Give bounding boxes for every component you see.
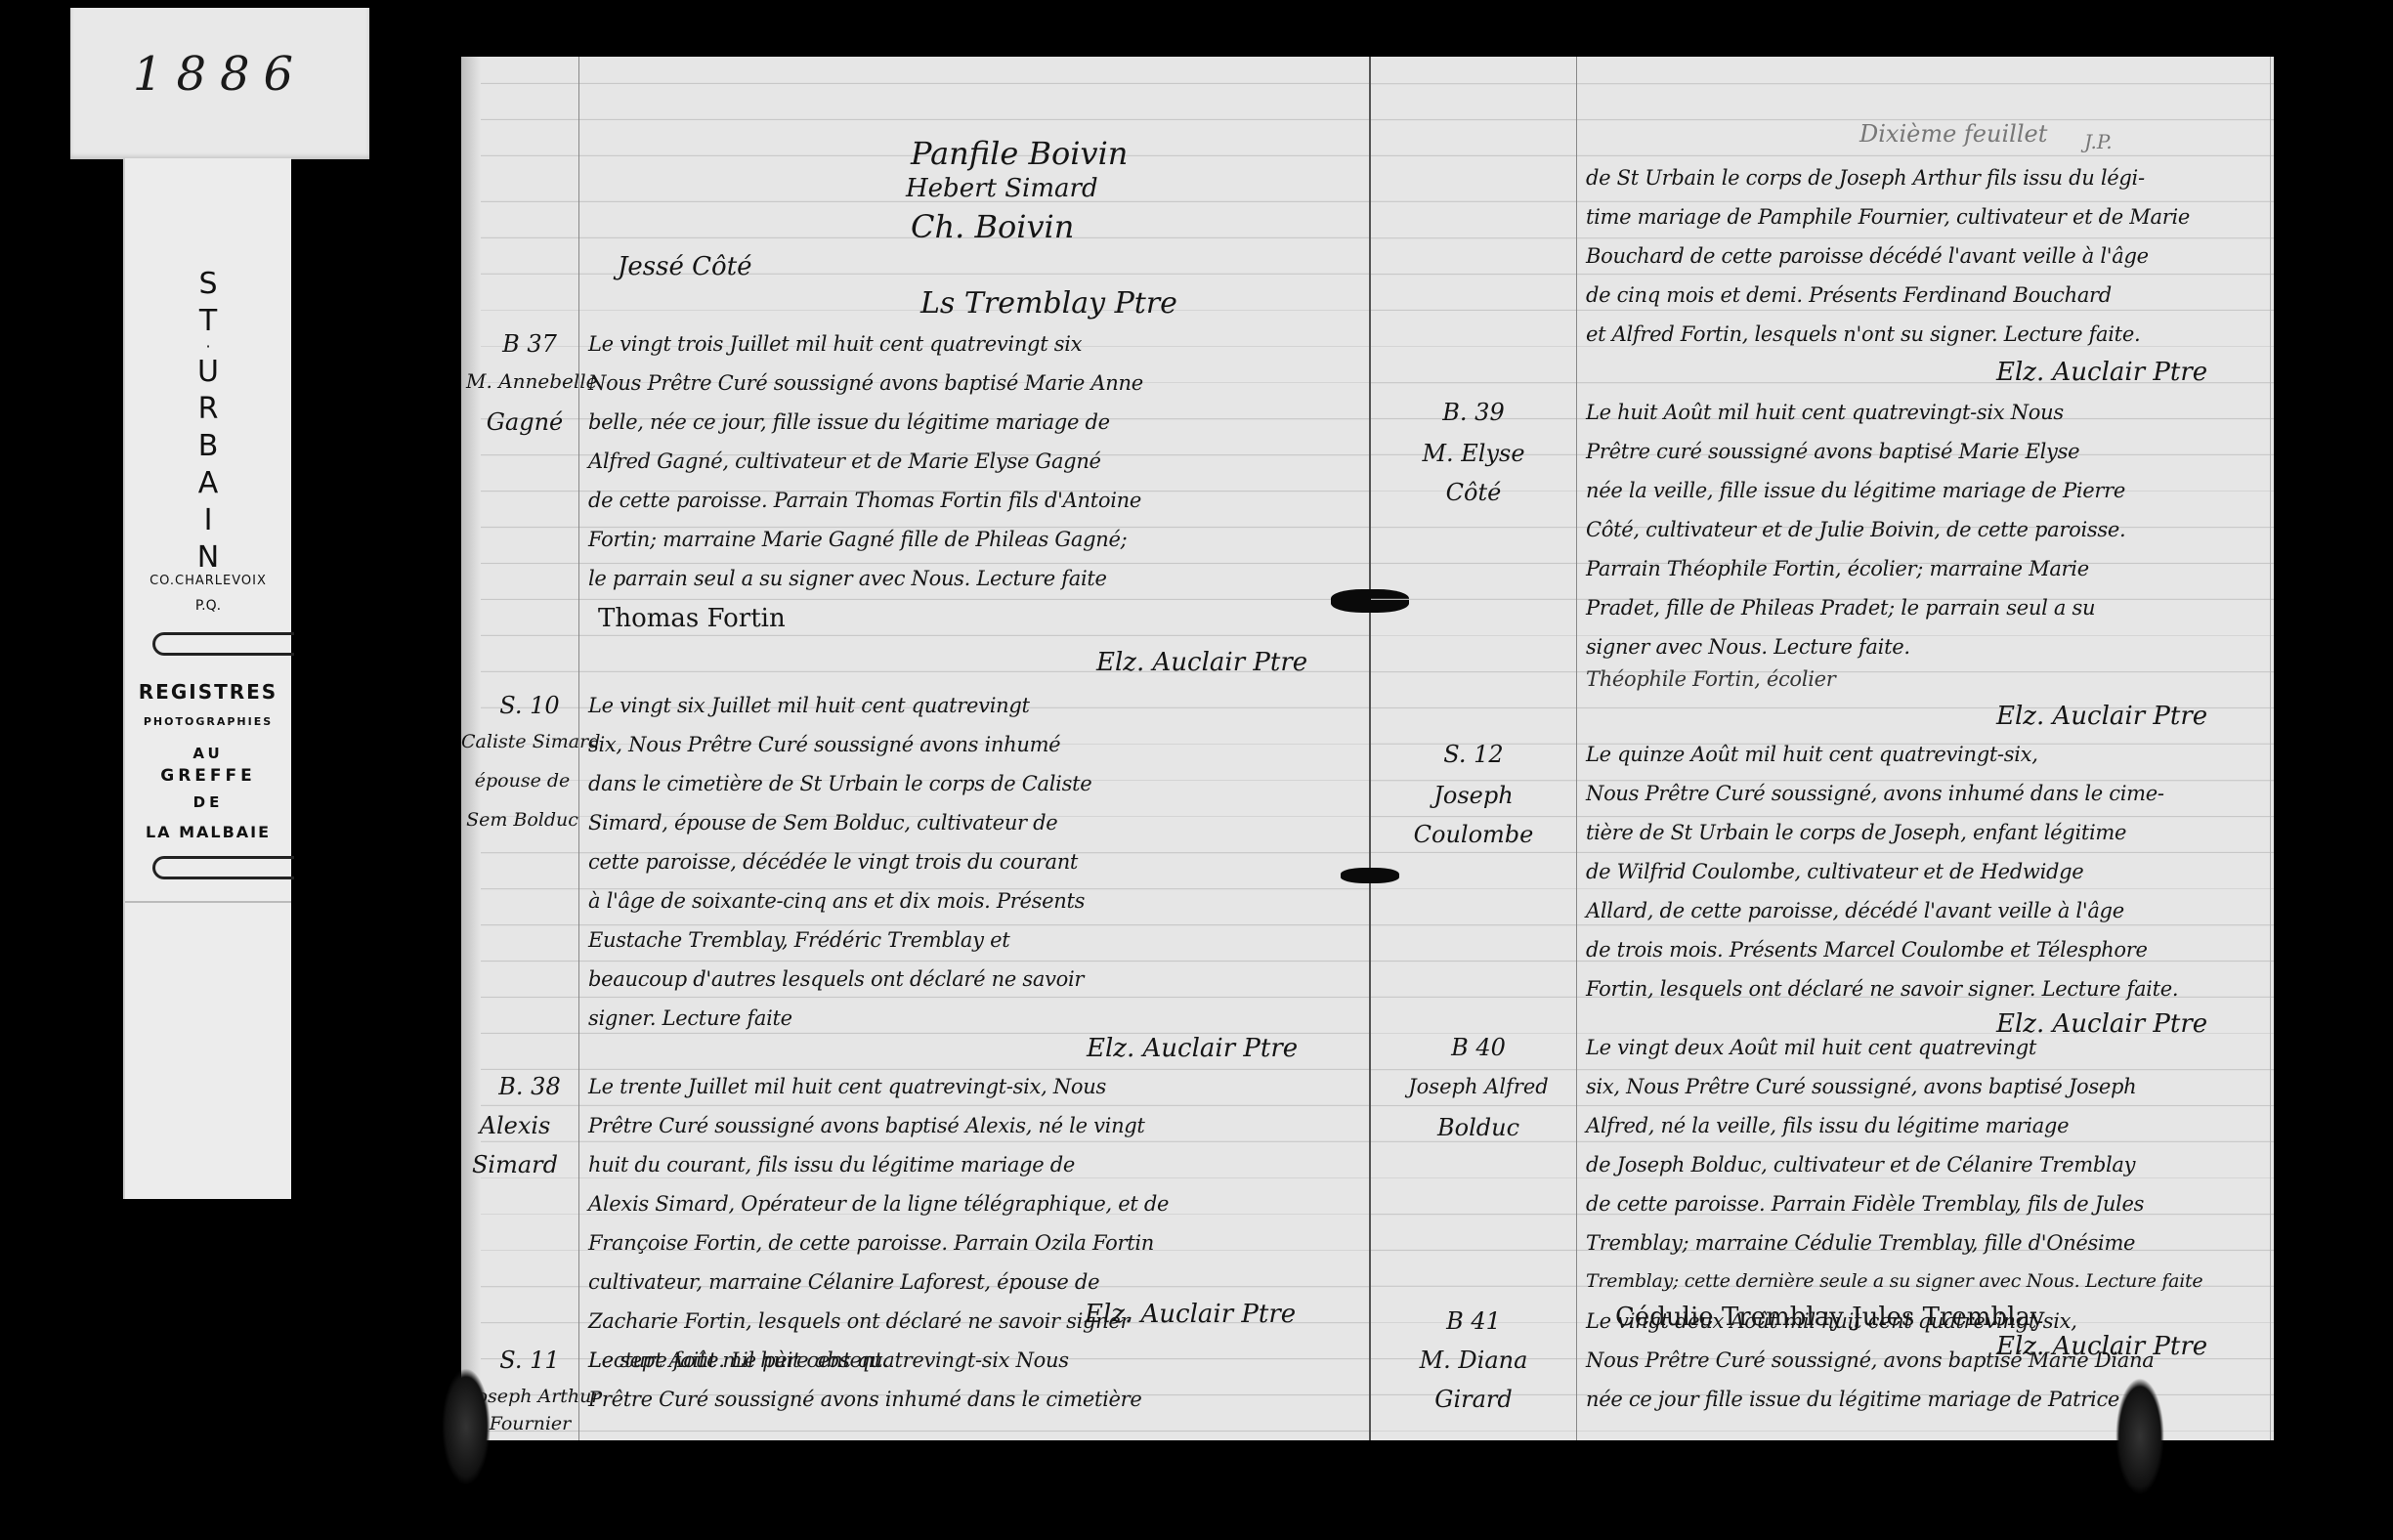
entry-text-line: Le vingt six Juillet mil huit cent quatr… bbox=[588, 694, 1030, 717]
entry-text-line: Tremblay; cette dernière seule a su sign… bbox=[1586, 1270, 2202, 1292]
entry-text-line: de cinq mois et demi. Présents Ferdinand… bbox=[1586, 283, 2112, 307]
entry-text-line: Le vingt trois Juillet mil huit cent qua… bbox=[588, 332, 1082, 356]
page-edge bbox=[2270, 57, 2271, 1440]
entry-text-line: Alfred Gagné, cultivateur et de Marie El… bbox=[588, 449, 1101, 473]
entry-name: Gagné bbox=[466, 408, 583, 436]
entry-text-line: Alexis Simard, Opérateur de la ligne tél… bbox=[588, 1192, 1169, 1216]
entry-text-line: Fortin, lesquels ont déclaré ne savoir s… bbox=[1586, 977, 2178, 1001]
entry-text-line: Le huit Août mil huit cent quatrevingt-s… bbox=[1586, 401, 2064, 424]
entry-text-line: Tremblay; marraine Cédulie Tremblay, fil… bbox=[1586, 1231, 2135, 1255]
entry-text-line: beaucoup d'autres lesquels ont déclaré n… bbox=[588, 967, 1084, 991]
page-holder-shadow bbox=[2115, 1378, 2164, 1495]
entry-text-line: huit du courant, fils issu du légitime m… bbox=[588, 1153, 1075, 1176]
entry-name: épouse de bbox=[461, 770, 583, 791]
entry-code: B 37 bbox=[481, 330, 578, 358]
entry-text-line: née la veille, fille issue du légitime m… bbox=[1586, 479, 2125, 502]
de-label: DE bbox=[125, 793, 291, 811]
strip-divider bbox=[125, 901, 291, 903]
entry-text-line: Le vingt deux Août mil huit cent quatrev… bbox=[1586, 1309, 2077, 1333]
entry-text-line: six, Nous Prêtre Curé soussigné avons in… bbox=[588, 733, 1060, 756]
paper-clip-icon bbox=[152, 856, 294, 879]
signature: Elz. Auclair Ptre bbox=[1996, 358, 2207, 387]
entry-text-line: Simard, épouse de Sem Bolduc, cultivateu… bbox=[588, 811, 1057, 834]
entry-text-line: Françoise Fortin, de cette paroisse. Par… bbox=[588, 1231, 1154, 1255]
register-year: 1886 bbox=[70, 47, 369, 102]
entry-text-line: Nous Prêtre Curé soussigné, avons inhumé… bbox=[1586, 782, 2164, 805]
entry-text-line: de cette paroisse. Parrain Fidèle Trembl… bbox=[1586, 1192, 2144, 1216]
entry-text-line: signer. Lecture faite bbox=[588, 1006, 792, 1030]
entry-code: B 41 bbox=[1410, 1307, 1537, 1335]
right-page: Dixième feuillet J.P. de St Urbain le co… bbox=[1371, 57, 2274, 1440]
entry-text-line: Le quinze Août mil huit cent quatrevingt… bbox=[1586, 743, 2038, 766]
parish-letter: S bbox=[125, 266, 291, 303]
signature: Ls Tremblay Ptre bbox=[920, 286, 1177, 321]
entry-text-line: née ce jour fille issue du légitime mari… bbox=[1586, 1388, 2119, 1411]
entry-text-line: tière de St Urbain le corps de Joseph, e… bbox=[1586, 821, 2126, 844]
parish-letter: U bbox=[125, 354, 291, 391]
signature: Thomas Fortin bbox=[598, 604, 786, 633]
page-holder-shadow bbox=[442, 1368, 491, 1485]
photographed-label: PHOTOGRAPHIES bbox=[125, 715, 291, 728]
entry-code: S. 12 bbox=[1410, 741, 1537, 768]
parish-letter: T bbox=[125, 303, 291, 340]
entry-name: Joseph bbox=[1410, 782, 1537, 809]
parish-letter: N bbox=[125, 539, 291, 577]
signature: Elz. Auclair Ptre bbox=[1096, 648, 1307, 677]
entry-text-line: de St Urbain le corps de Joseph Arthur f… bbox=[1586, 166, 2145, 190]
annotation-initials: J.P. bbox=[2084, 130, 2113, 153]
entry-text-line: Zacharie Fortin, lesquels ont déclaré ne… bbox=[588, 1309, 1130, 1333]
parish-letter: R bbox=[125, 391, 291, 428]
entry-text-line: Nous Prêtre Curé soussigné, avons baptis… bbox=[1586, 1348, 2154, 1372]
signature: Jessé Côté bbox=[618, 252, 752, 281]
entry-text-line: Eustache Tremblay, Frédéric Tremblay et bbox=[588, 928, 1009, 952]
entry-text-line: signer avec Nous. Lecture faite. bbox=[1586, 635, 1910, 659]
left-page: Panfile Boivin Hebert Simard Ch. Boivin … bbox=[461, 57, 1369, 1440]
signature: Hebert Simard bbox=[906, 174, 1098, 203]
entry-text-line: cette paroisse, décédée le vingt trois d… bbox=[588, 850, 1078, 874]
entry-name: Bolduc bbox=[1390, 1114, 1566, 1141]
parish-letter: · bbox=[125, 340, 291, 354]
parish-letter: I bbox=[125, 502, 291, 539]
entry-text-line: Fortin; marraine Marie Gagné fille de Ph… bbox=[588, 528, 1127, 551]
entry-text-line: de trois mois. Présents Marcel Coulombe … bbox=[1586, 938, 2148, 962]
entry-code: B 40 bbox=[1410, 1034, 1547, 1061]
signature: Panfile Boivin bbox=[911, 135, 1128, 172]
entry-text-line: de cette paroisse. Parrain Thomas Fortin… bbox=[588, 489, 1141, 512]
entry-text-line: de Joseph Bolduc, cultivateur et de Céla… bbox=[1586, 1153, 2135, 1176]
greffe-label: GREFFE bbox=[125, 766, 291, 786]
parish-letter: A bbox=[125, 465, 291, 502]
entry-text-line: Le vingt deux Août mil huit cent quatrev… bbox=[1586, 1036, 2036, 1059]
signature: Elz. Auclair Ptre bbox=[1996, 702, 2207, 731]
entry-text-line: Prêtre curé soussigné avons baptisé Mari… bbox=[1586, 440, 2079, 463]
entry-name: Caliste Simard bbox=[461, 731, 583, 752]
margin-rule bbox=[1576, 57, 1577, 1440]
parish-name-vertical: S T · U R B A I N bbox=[125, 266, 291, 577]
entry-text-line: Alfred, né la veille, fils issu du légit… bbox=[1586, 1114, 2069, 1137]
entry-code: B. 38 bbox=[481, 1073, 578, 1100]
entry-text-line: six, Nous Prêtre Curé soussigné, avons b… bbox=[1586, 1075, 2136, 1098]
entry-text-line: Allard, de cette paroisse, décédé l'avan… bbox=[1586, 899, 2124, 922]
entry-name: Girard bbox=[1410, 1386, 1537, 1413]
paper-clip-icon bbox=[152, 632, 294, 656]
county-label: CO.CHARLEVOIX bbox=[125, 574, 291, 588]
entry-text-line: Bouchard de cette paroisse décédé l'avan… bbox=[1586, 244, 2149, 268]
signature: Théophile Fortin, écolier bbox=[1586, 667, 1835, 691]
entry-text-line: Le trente Juillet mil huit cent quatrevi… bbox=[588, 1075, 1106, 1098]
signature: Elz. Auclair Ptre bbox=[1087, 1034, 1298, 1063]
entry-text-line: et Alfred Fortin, lesquels n'ont su sign… bbox=[1586, 322, 2140, 346]
entry-code: S. 10 bbox=[481, 692, 578, 719]
archive-label-card: 1886 bbox=[70, 8, 369, 159]
archive-strip: S T · U R B A I N CO.CHARLEVOIX P.Q. REG… bbox=[123, 158, 291, 1199]
entry-text-line: dans le cimetière de St Urbain le corps … bbox=[588, 772, 1091, 795]
province-label: P.Q. bbox=[125, 598, 291, 614]
place-label: LA MALBAIE bbox=[125, 823, 291, 841]
entry-text-line: time mariage de Pamphile Fournier, culti… bbox=[1586, 205, 2190, 229]
entry-name: Simard bbox=[466, 1151, 564, 1178]
entry-text-line: Prêtre Curé soussigné avons baptisé Alex… bbox=[588, 1114, 1145, 1137]
entry-name: Joseph Alfred bbox=[1390, 1075, 1566, 1098]
sheet-annotation: Dixième feuillet bbox=[1859, 120, 2047, 148]
signature: Elz. Auclair Ptre bbox=[1996, 1009, 2207, 1039]
signature: Ch. Boivin bbox=[911, 208, 1074, 245]
entry-code: S. 11 bbox=[481, 1347, 578, 1374]
entry-text-line: Le sept Août mil huit cent quatrevingt-s… bbox=[588, 1348, 1069, 1372]
registers-label: REGISTRES bbox=[125, 680, 291, 704]
entry-name: Sem Bolduc bbox=[461, 809, 583, 831]
entry-text-line: cultivateur, marraine Célanire Laforest,… bbox=[588, 1270, 1099, 1294]
entry-name: M. Elyse bbox=[1410, 440, 1537, 467]
entry-text-line: Pradet, fille de Phileas Pradet; le parr… bbox=[1586, 596, 2095, 620]
signature: Elz. Auclair Ptre bbox=[1085, 1300, 1296, 1329]
entry-text-line: Nous Prêtre Curé soussigné avons baptisé… bbox=[588, 371, 1143, 395]
entry-text-line: de Wilfrid Coulombe, cultivateur et de H… bbox=[1586, 860, 2083, 883]
entry-name: M. Annebelle bbox=[466, 369, 583, 393]
entry-text-line: belle, née ce jour, fille issue du légit… bbox=[588, 410, 1110, 434]
entry-text-line: à l'âge de soixante-cinq ans et dix mois… bbox=[588, 889, 1085, 913]
entry-text-line: Prêtre Curé soussigné avons inhumé dans … bbox=[588, 1388, 1142, 1411]
entry-name: Côté bbox=[1410, 479, 1537, 506]
parish-letter: B bbox=[125, 428, 291, 465]
entry-text-line: Parrain Théophile Fortin, écolier; marra… bbox=[1586, 557, 2089, 580]
entry-name: Coulombe bbox=[1410, 821, 1537, 848]
entry-name: M. Diana bbox=[1410, 1347, 1537, 1374]
entry-code: B. 39 bbox=[1410, 399, 1537, 426]
open-register-book: Panfile Boivin Hebert Simard Ch. Boivin … bbox=[461, 57, 2274, 1440]
entry-name: Alexis bbox=[466, 1112, 564, 1139]
entry-text-line: le parrain seul a su signer avec Nous. L… bbox=[588, 567, 1107, 590]
entry-text-line: Côté, cultivateur et de Julie Boivin, de… bbox=[1586, 518, 2125, 541]
au-label: AU bbox=[125, 745, 291, 762]
